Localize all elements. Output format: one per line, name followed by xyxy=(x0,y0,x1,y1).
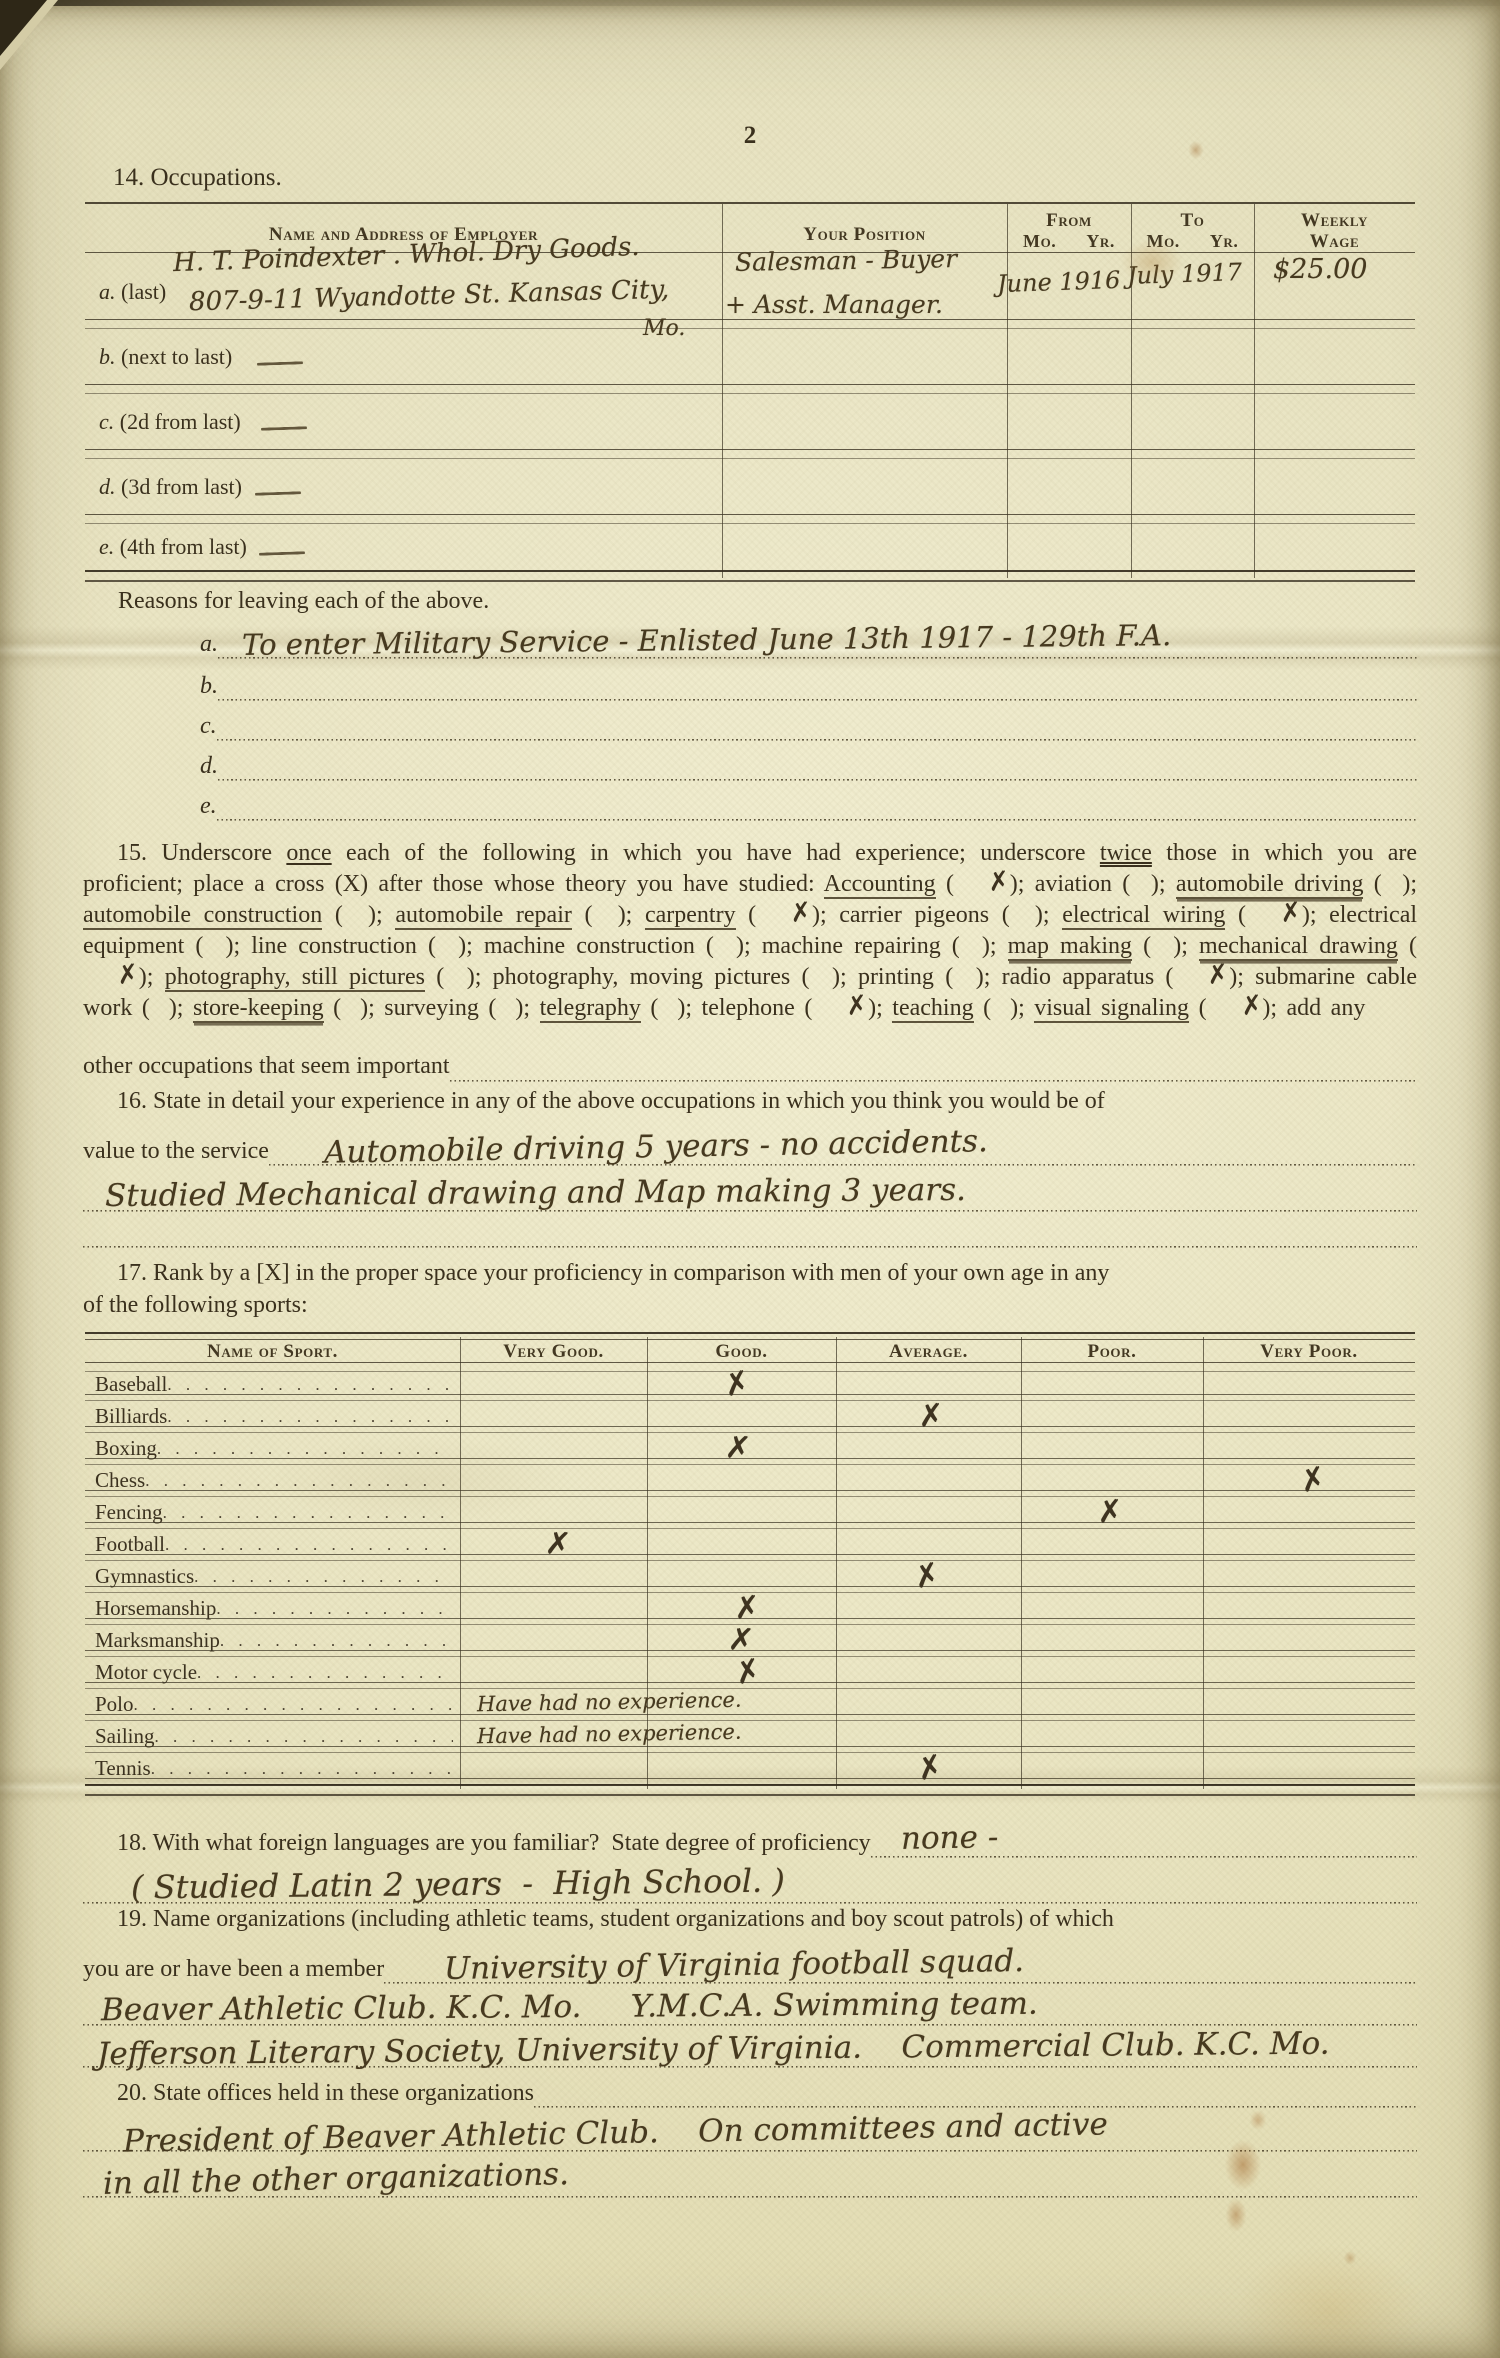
q15-segment: teaching xyxy=(892,995,973,1023)
q15-segment: ( xyxy=(1225,902,1246,928)
sports-header-poor: Poor. xyxy=(1021,1341,1203,1363)
sport-row-boxing: Boxing✗ xyxy=(85,1433,1415,1465)
occ-header-from-moyr: Mo. Yr. xyxy=(1007,231,1131,252)
reason-line-b: b. xyxy=(200,667,1417,701)
q19-question-line1: 19. Name organizations (including athlet… xyxy=(83,1906,1417,1933)
q15-segment: ); carrier pigeons ( ); xyxy=(812,902,1062,928)
q15-segment: ); xyxy=(868,995,892,1021)
row-desc: (2d from last) xyxy=(114,409,240,434)
sport-name-cell: Baseball xyxy=(85,1369,453,1401)
sport-name: Chess xyxy=(95,1465,145,1497)
dot-leader xyxy=(151,1753,453,1785)
q15-paragraph: 15. Underscore once each of the followin… xyxy=(83,838,1417,1024)
sport-name: Polo xyxy=(95,1689,134,1721)
dot-leader xyxy=(216,1593,453,1625)
q20-answer-line1: President of Beaver Athletic Club. On co… xyxy=(83,2108,1417,2152)
handwritten-x-mark-average: ✗ xyxy=(914,1748,947,1789)
sport-row-billiards: Billiards✗ xyxy=(85,1401,1415,1433)
q18-note-line: ( Studied Latin 2 years - High School. ) xyxy=(83,1860,1417,1904)
handwritten-x-mark: ✗ xyxy=(811,992,870,1025)
sport-name: Baseball xyxy=(95,1369,167,1401)
page-number: 2 xyxy=(0,122,1500,150)
q15-segment: carpentry xyxy=(645,902,736,930)
reasons-heading: Reasons for leaving each of the above. xyxy=(118,588,489,615)
q15-segment: ); add any xyxy=(1262,995,1365,1021)
reason-line-d: d. xyxy=(200,747,1417,781)
scanned-questionnaire-page: 2 14. Occupations. Name and Address of E… xyxy=(0,0,1500,2358)
q15-segment: ( xyxy=(1398,933,1417,959)
row-letter: d. xyxy=(99,474,116,499)
row-letter: c. xyxy=(99,409,114,434)
handwritten-to-date: July 1917 xyxy=(1127,258,1243,290)
sport-row-fencing: Fencing✗ xyxy=(85,1497,1415,1529)
handwritten-no-experience-note: Have had no experience. xyxy=(477,1688,742,1717)
row-desc: (3d from last) xyxy=(116,474,242,499)
q15-segment: Accounting xyxy=(824,871,936,899)
sport-row-horsemanship: Horsemanship✗ xyxy=(85,1593,1415,1625)
sport-name: Boxing xyxy=(95,1433,157,1465)
sport-name-cell: Horsemanship xyxy=(85,1593,453,1625)
q15-tail-text: other occupations that seem important xyxy=(83,1053,450,1082)
q20-answer-line2: in all the other organizations. xyxy=(83,2154,1417,2198)
dot-leader xyxy=(197,1657,453,1689)
blank-fill xyxy=(83,1216,1417,1248)
answer-fill: President of Beaver Athletic Club. On co… xyxy=(83,2108,1417,2152)
dot-leader xyxy=(165,1529,453,1561)
reason-line-c: c. xyxy=(200,707,1417,741)
occupations-table: Name and Address of Employer Your Positi… xyxy=(85,202,1415,578)
answer-fill: Studied Mechanical drawing and Map makin… xyxy=(83,1170,1417,1212)
sport-name-cell: Motor cycle xyxy=(85,1657,453,1689)
occ-header-to: To xyxy=(1131,210,1254,232)
handwritten-x-mark-poor: ✗ xyxy=(1096,1493,1124,1531)
sport-row-baseball: Baseball✗ xyxy=(85,1369,1415,1401)
q19-answer-line2: Beaver Athletic Club. K.C. Mo. Y.M.C.A. … xyxy=(83,1986,1417,2026)
occ-header-position: Your Position xyxy=(722,224,1007,246)
handwritten-q16-answer2: Studied Mechanical drawing and Map makin… xyxy=(105,1172,966,1214)
reason-line-a: a. To enter Military Service - Enlisted … xyxy=(200,621,1417,659)
handwritten-x-mark-average: ✗ xyxy=(911,1556,944,1597)
reason-letter: d. xyxy=(200,753,218,781)
q16-question-line1: 16. State in detail your experience in a… xyxy=(83,1088,1417,1115)
handwritten-position-line2: + Asst. Manager. xyxy=(725,290,943,319)
sport-row-polo: PoloHave had no experience. xyxy=(85,1689,1415,1721)
q17-question-line1: 17. Rank by a [X] in the proper space yo… xyxy=(83,1260,1417,1287)
q15-tail-line: other occupations that seem important xyxy=(83,1052,1417,1082)
handwritten-x-mark: ✗ xyxy=(1172,961,1231,994)
handwritten-x-mark-good: ✗ xyxy=(724,1429,752,1467)
occ-row-label-c: c. (2d from last) xyxy=(99,409,241,435)
sport-name: Gymnastics xyxy=(95,1561,194,1593)
handwritten-q20-answer2: in all the other organizations. xyxy=(103,2156,570,2202)
handwritten-x-mark: ✗ xyxy=(1245,899,1304,932)
sport-row-gymnastics: Gymnastics✗ xyxy=(85,1561,1415,1593)
handwritten-q20-answer1: President of Beaver Athletic Club. On co… xyxy=(123,2106,1108,2159)
q16-answer-line2: Studied Mechanical drawing and Map makin… xyxy=(83,1170,1417,1212)
q15-segment: ( ); xyxy=(1132,933,1199,959)
handwritten-dash xyxy=(255,491,301,496)
sport-row-chess: Chess✗ xyxy=(85,1465,1415,1497)
sport-name: Billiards xyxy=(95,1401,167,1433)
occ-row-label-a: a. (last) xyxy=(99,279,166,305)
q15-segment: photography, still pictures xyxy=(165,964,425,992)
q15-segment: ( ); photography, moving pictures ( ); p… xyxy=(425,964,1173,990)
q15-segment: ( ); xyxy=(1363,871,1417,897)
sport-row-tennis: Tennis✗ xyxy=(85,1753,1415,1785)
q15-segment: ( xyxy=(1189,995,1207,1021)
occ-header-wage: Wage xyxy=(1254,231,1415,253)
occ-row-label-d: d. (3d from last) xyxy=(99,474,242,500)
handwritten-x-mark-very-good: ✗ xyxy=(544,1525,572,1563)
row-letter: e. xyxy=(99,534,114,559)
table-rule xyxy=(85,319,1415,329)
handwritten-dash xyxy=(257,361,303,366)
dot-leader xyxy=(157,1433,453,1465)
handwritten-x-mark: ✗ xyxy=(82,961,141,994)
handwritten-x-mark-very-poor: ✗ xyxy=(1297,1460,1330,1501)
sport-name-cell: Chess xyxy=(85,1465,453,1497)
reason-fill xyxy=(218,747,1417,781)
dot-leader xyxy=(167,1401,453,1433)
reason-letter: b. xyxy=(200,673,218,701)
q15-segment: twice xyxy=(1100,840,1152,866)
handwritten-x-mark-average: ✗ xyxy=(917,1397,945,1435)
sport-name-cell: Gymnastics xyxy=(85,1561,453,1593)
q18-question: 18. With what foreign languages are you … xyxy=(83,1830,871,1858)
handwritten-employer-line2: 807-9-11 Wyandotte St. Kansas City, xyxy=(189,275,670,318)
reason-letter: e. xyxy=(200,793,217,821)
sports-header-average: Average. xyxy=(836,1341,1021,1363)
dot-leader xyxy=(163,1497,453,1529)
row-letter: b. xyxy=(99,344,116,369)
q15-segment: telegraphy xyxy=(540,995,641,1023)
answer-fill: Jefferson Literary Society, University o… xyxy=(83,2028,1417,2068)
q19-question-line2: you are or have been a member xyxy=(83,1956,384,1984)
sports-header-name: Name of Sport. xyxy=(85,1341,460,1363)
sport-name-cell: Polo xyxy=(85,1689,453,1721)
q18-line: 18. With what foreign languages are you … xyxy=(83,1818,1417,1858)
table-rule xyxy=(85,449,1415,459)
handwritten-x-mark: ✗ xyxy=(1205,992,1264,1025)
q15-segment: mechanical drawing xyxy=(1199,933,1398,961)
sports-header-very-poor: Very Poor. xyxy=(1203,1341,1415,1363)
q15-segment: visual signaling xyxy=(1034,995,1189,1023)
q17-question-line2: of the following sports: xyxy=(83,1292,308,1319)
sport-row-motor-cycle: Motor cycle✗ xyxy=(85,1657,1415,1689)
handwritten-reason-a: To enter Military Service - Enlisted Jun… xyxy=(242,618,1172,662)
reason-letter: a. xyxy=(200,631,218,659)
handwritten-employer-line3: Mo. xyxy=(643,316,685,341)
occ-row-label-b: b. (next to last) xyxy=(99,344,232,370)
handwritten-q16-answer1: Automobile driving 5 years - no accident… xyxy=(324,1123,988,1171)
sport-name: Sailing xyxy=(95,1721,155,1753)
sport-name: Motor cycle xyxy=(95,1657,197,1689)
row-desc: (4th from last) xyxy=(114,534,247,559)
page-top-edge xyxy=(0,0,1500,6)
row-desc: (last) xyxy=(116,279,167,304)
sport-name-cell: Football xyxy=(85,1529,453,1561)
q20-line: 20. State offices held in these organiza… xyxy=(83,2082,1417,2108)
q15-segment: ); aviation ( ); xyxy=(1010,871,1176,897)
handwritten-x-mark: ✗ xyxy=(953,868,1012,901)
q15-segment: ( xyxy=(736,902,757,928)
sport-name-cell: Tennis xyxy=(85,1753,453,1785)
q16-question-line2: value to the service xyxy=(83,1138,269,1166)
q16-blank-line xyxy=(83,1216,1417,1248)
sport-name: Football xyxy=(95,1529,165,1561)
sports-header-good: Good. xyxy=(647,1341,836,1363)
row-desc: (next to last) xyxy=(116,344,233,369)
dot-leader xyxy=(167,1369,453,1401)
handwritten-weekly-wage: $25.00 xyxy=(1273,254,1367,285)
sports-header-very-good: Very Good. xyxy=(460,1341,647,1363)
sports-table: Name of Sport. Very Good. Good. Average.… xyxy=(85,1332,1415,1792)
sport-name-cell: Marksmanship xyxy=(85,1625,453,1657)
dot-leader xyxy=(220,1625,453,1657)
occ-header-from: From xyxy=(1007,210,1131,232)
q15-segment: electrical wiring xyxy=(1062,902,1225,930)
table-bottom-rule xyxy=(85,1784,1415,1796)
dot-leader xyxy=(134,1689,453,1721)
handwritten-x-mark-good: ✗ xyxy=(721,1364,754,1405)
q15-segment: ( ); xyxy=(572,902,645,928)
dot-leader xyxy=(194,1561,453,1593)
q15-segment: automobile driving xyxy=(1176,871,1364,899)
occ-header-weekly: Weekly xyxy=(1254,210,1415,232)
q15-segment: automobile repair xyxy=(395,902,572,930)
answer-fill: ( Studied Latin 2 years - High School. ) xyxy=(83,1860,1417,1904)
q15-segment: each of the following in which you have … xyxy=(332,840,1100,866)
blank-fill xyxy=(450,1052,1417,1082)
sport-name: Marksmanship xyxy=(95,1625,220,1657)
q15-segment: store-keeping xyxy=(193,995,324,1023)
q15-segment: ( ); xyxy=(322,902,395,928)
sport-name-cell: Fencing xyxy=(85,1497,453,1529)
table-top-rule xyxy=(85,1332,1415,1340)
handwritten-q18-note: ( Studied Latin 2 years - High School. ) xyxy=(131,1862,785,1907)
sport-name: Horsemanship xyxy=(95,1593,216,1625)
handwritten-q19-answer3: Jefferson Literary Society, University o… xyxy=(97,2026,1330,2073)
q15-segment: map making xyxy=(1008,933,1132,961)
sport-row-football: Football✗ xyxy=(85,1529,1415,1561)
handwritten-q19-answer1: University of Virginia football squad. xyxy=(444,1943,1024,1987)
table-rule xyxy=(85,514,1415,524)
sports-rows: Baseball✗Billiards✗Boxing✗Chess✗Fencing✗… xyxy=(85,1369,1415,1785)
handwritten-position-line1: Salesman - Buyer xyxy=(735,244,958,277)
answer-fill: Automobile driving 5 years - no accident… xyxy=(269,1124,1417,1166)
sport-name-cell: Sailing xyxy=(85,1721,453,1753)
answer-fill: University of Virginia football squad. xyxy=(384,1940,1417,1984)
reason-fill: To enter Military Service - Enlisted Jun… xyxy=(218,621,1417,659)
handwritten-x-mark: ✗ xyxy=(755,899,814,932)
answer-fill: none - xyxy=(871,1818,1417,1858)
q14-heading: 14. Occupations. xyxy=(113,164,282,192)
handwritten-dash xyxy=(261,426,307,431)
handwritten-dash xyxy=(259,551,305,556)
sport-name-cell: Billiards xyxy=(85,1401,453,1433)
row-letter: a. xyxy=(99,279,116,304)
q15-segment: once xyxy=(286,840,331,866)
reason-fill xyxy=(217,707,1417,741)
reason-line-e: e. xyxy=(200,787,1417,821)
reason-fill xyxy=(218,667,1417,701)
answer-fill: Beaver Athletic Club. K.C. Mo. Y.M.C.A. … xyxy=(83,1986,1417,2026)
dot-leader xyxy=(145,1465,453,1497)
sport-name: Tennis xyxy=(95,1753,151,1785)
q15-segment: ( ); xyxy=(974,995,1035,1021)
handwritten-q19-answer2: Beaver Athletic Club. K.C. Mo. Y.M.C.A. … xyxy=(101,1986,1038,2029)
q15-segment: automobile construction xyxy=(83,902,322,930)
answer-fill: in all the other organizations. xyxy=(83,2154,1417,2198)
q19-answer-line1: you are or have been a member University… xyxy=(83,1940,1417,1984)
answer-fill xyxy=(534,2082,1417,2108)
handwritten-q18-answer: none - xyxy=(900,1819,998,1857)
handwritten-no-experience-note: Have had no experience. xyxy=(477,1720,742,1749)
dot-leader xyxy=(155,1721,453,1753)
handwritten-from-date: June 1916 xyxy=(997,266,1121,298)
q15-segment: ); xyxy=(139,964,165,990)
q19-answer-line3: Jefferson Literary Society, University o… xyxy=(83,2028,1417,2068)
q15-segment: 15. Underscore xyxy=(117,840,286,866)
q15-segment: ( ); telephone ( xyxy=(641,995,812,1021)
q16-answer-line1: value to the service Automobile driving … xyxy=(83,1124,1417,1166)
occ-row-label-e: e. (4th from last) xyxy=(99,534,247,560)
q15-segment: ( ); surveying ( ); xyxy=(324,995,540,1021)
reason-fill xyxy=(217,787,1417,821)
reason-letter: c. xyxy=(200,713,217,741)
handwritten-x-mark-good: ✗ xyxy=(732,1652,765,1693)
q20-question: 20. State offices held in these organiza… xyxy=(83,2080,534,2108)
sport-row-sailing: SailingHave had no experience. xyxy=(85,1721,1415,1753)
sport-name-cell: Boxing xyxy=(85,1433,453,1465)
sport-name: Fencing xyxy=(95,1497,163,1529)
occ-header-to-moyr: Mo. Yr. xyxy=(1131,231,1254,252)
table-bottom-rule xyxy=(85,570,1415,582)
table-rule xyxy=(85,384,1415,394)
q15-segment: ( xyxy=(936,871,954,897)
